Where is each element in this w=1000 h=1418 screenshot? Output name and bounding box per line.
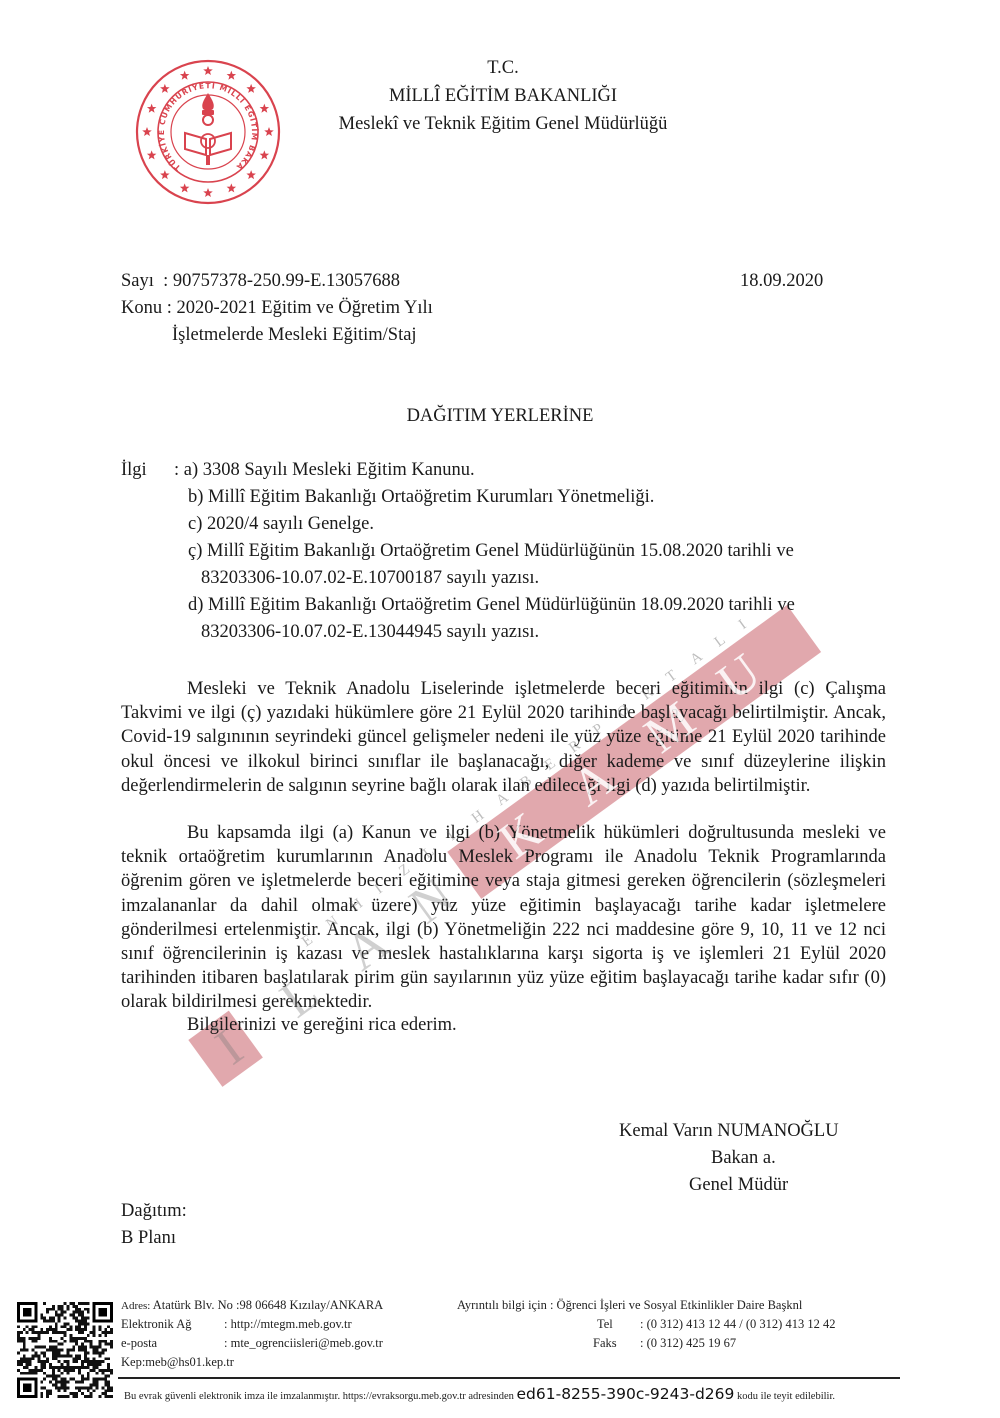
address-value: Atatürk Blv. No :98 06648 Kızılay/ANKARA	[153, 1298, 383, 1312]
closing-sentence: Bilgilerinizi ve gereğini rica ederim.	[121, 1013, 886, 1037]
footer-address: Adres: Atatürk Blv. No :98 06648 Kızılay…	[121, 1298, 383, 1313]
ilgi-item: 83203306-10.07.02-E.10700187 sayılı yazı…	[201, 568, 539, 589]
distribution-value: B Planı	[121, 1228, 176, 1249]
web-label: Elektronik Ağ	[121, 1317, 191, 1332]
sayi-label: Sayı	[121, 271, 154, 291]
header-ministry-name: MİLLÎ EĞİTİM BAKANLIĞI	[3, 86, 1000, 107]
konu-line1: 2020-2021 Eğitim ve Öğretim Yılı	[177, 298, 433, 318]
tel-label: Tel	[597, 1317, 613, 1332]
fax-label: Faks	[593, 1336, 617, 1351]
ilgi-item: ç) Millî Eğitim Bakanlığı Ortaöğretim Ge…	[188, 541, 794, 562]
qr-code-icon[interactable]	[17, 1302, 113, 1398]
footer-divider	[118, 1377, 900, 1379]
body-paragraph: Mesleki ve Teknik Anadolu Liselerinde iş…	[121, 677, 886, 798]
svg-text:I: I	[736, 617, 749, 633]
svg-text:A: A	[687, 649, 705, 668]
header-directorate-name: Meslekî ve Teknik Eğitim Genel Müdürlüğü	[3, 114, 1000, 135]
document-number: Sayı : 90757378-250.99-E.13057688	[121, 271, 400, 292]
ilgi-item: d) Millî Eğitim Bakanlığı Ortaöğretim Ge…	[188, 595, 795, 616]
info-label: Ayrıntılı bilgi için :	[457, 1298, 553, 1312]
subject: Konu : 2020-2021 Eğitim ve Öğretim Yılı	[121, 298, 433, 319]
verify-suffix: kodu ile teyit edilebilir.	[737, 1391, 835, 1402]
konu-line2: İşletmelerde Mesleki Eğitim/Staj	[172, 325, 417, 346]
email-link[interactable]: : mte_ogrenciisleri@meb.gov.tr	[224, 1336, 383, 1351]
ilgi-item: b) Millî Eğitim Bakanlığı Ortaöğretim Ku…	[188, 487, 654, 508]
verification-line: Bu evrak güvenli elektronik imza ile imz…	[124, 1385, 835, 1403]
address-label: Adres:	[121, 1300, 150, 1312]
footer-info: Ayrıntılı bilgi için : Öğrenci İşleri ve…	[457, 1298, 802, 1313]
email-label: e-posta	[121, 1336, 157, 1351]
ilgi-item: c) 2020/4 sayılı Genelge.	[188, 514, 374, 535]
ilgi-item: 83203306-10.07.02-E.13044945 sayılı yazı…	[201, 622, 539, 643]
recipient-heading: DAĞITIM YERLERİNE	[0, 406, 1000, 427]
document-date: 18.09.2020	[740, 271, 823, 292]
body-paragraph: Bu kapsamda ilgi (a) Kanun ve ilgi (b) Y…	[121, 821, 886, 1015]
signatory-title-1: Bakan a.	[711, 1148, 776, 1169]
info-value: Öğrenci İşleri ve Sosyal Etkinlikler Dai…	[557, 1298, 803, 1312]
verification-code: ed61-8255-390c-9243-d269	[517, 1385, 735, 1403]
signatory-title-2: Genel Müdür	[689, 1175, 788, 1196]
web-link[interactable]: : http://mtegm.meb.gov.tr	[224, 1317, 352, 1332]
distribution-label: Dağıtım:	[121, 1201, 187, 1222]
header-line-tc: T.C.	[3, 58, 1000, 79]
verify-prefix: Bu evrak güvenli elektronik imza ile imz…	[124, 1391, 514, 1402]
ilgi-label: İlgi	[121, 460, 147, 481]
signatory-name: Kemal Varın NUMANOĞLU	[619, 1121, 839, 1142]
ilgi-item: : a) 3308 Sayılı Mesleki Eğitim Kanunu.	[174, 460, 475, 481]
fax-value: : (0 312) 425 19 67	[640, 1336, 736, 1351]
konu-label: Konu	[121, 298, 162, 318]
sayi-value: 90757378-250.99-E.13057688	[173, 271, 400, 291]
kep-address: Kep:meb@hs01.kep.tr	[121, 1355, 234, 1370]
svg-text:L: L	[712, 632, 729, 650]
tel-value: : (0 312) 413 12 44 / (0 312) 413 12 42	[640, 1317, 835, 1332]
